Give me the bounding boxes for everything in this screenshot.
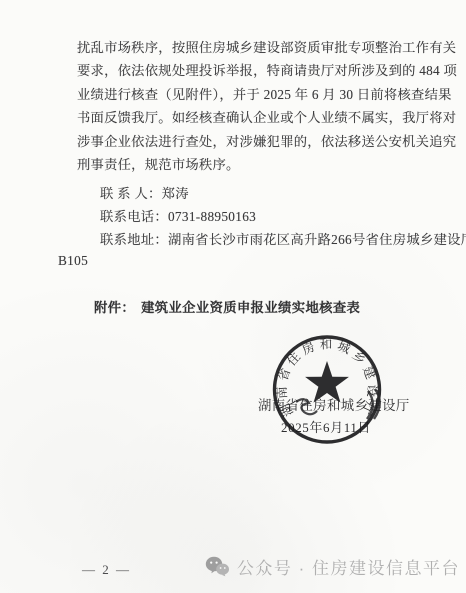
contact-address-label: 联系地址： — [100, 232, 168, 247]
contact-address-value: 湖南省长沙市雨花区高升路266号省住房城乡建设厅 — [168, 232, 466, 247]
contact-phone-line: 联系电话：0731-88950163 — [100, 206, 256, 225]
contact-person-value: 郑涛 — [162, 186, 189, 201]
letter-body-paragraph: 扰乱市场秩序，按照住房城乡建设部资质审批专项整治工作有关 要求，依法依规处理投诉… — [77, 36, 457, 176]
body-line: 涉事企业依法进行查处，对涉嫌犯罪的，依法移送公安机关追究 — [77, 130, 457, 153]
watermark: 公众号 · 住房建设信息平台 — [205, 554, 460, 579]
body-line: 刑事责任，规范市场秩序。 — [77, 153, 457, 176]
scanned-official-letter-page: { "document": { "body_lines": [ "扰乱市场秩序，… — [0, 0, 466, 593]
attachment-label: 附件： — [94, 300, 135, 315]
contact-phone-label: 联系电话： — [100, 209, 168, 224]
seal-star-icon — [305, 361, 349, 403]
page-number: — 2 — — [82, 562, 131, 578]
contact-person-label: 联 系 人： — [100, 186, 162, 201]
contact-phone-value: 0731-88950163 — [168, 209, 256, 224]
contact-address-line: 联系地址：湖南省长沙市雨花区高升路266号省住房城乡建设厅 — [100, 229, 466, 248]
attachment-title: 建筑业企业资质申报业绩实地核查表 — [141, 300, 360, 315]
body-line: 要求，依法依规处理投诉举报，特商请贵厅对所涉及到的 484 项 — [77, 59, 457, 82]
contact-person-line: 联 系 人：郑涛 — [100, 183, 189, 202]
watermark-label: 公众号 · 住房建设信息平台 — [237, 554, 460, 579]
body-line: 扰乱市场秩序，按照住房城乡建设部资质审批专项整治工作有关 — [77, 36, 457, 59]
wechat-icon — [205, 556, 230, 577]
body-line: 业绩进行核查（见附件），并于 2025 年 6 月 30 日前将核查结果 — [77, 83, 457, 106]
contact-address-overflow: B105 — [58, 253, 88, 269]
body-line: 书面反馈我厅。如经核查确认企业或个人业绩不属实，我厅将对 — [77, 106, 457, 129]
official-seal: 湖南省住房和城乡建设厅 — [254, 328, 400, 450]
attachment-line: 附件：建筑业企业资质申报业绩实地核查表 — [94, 297, 360, 316]
